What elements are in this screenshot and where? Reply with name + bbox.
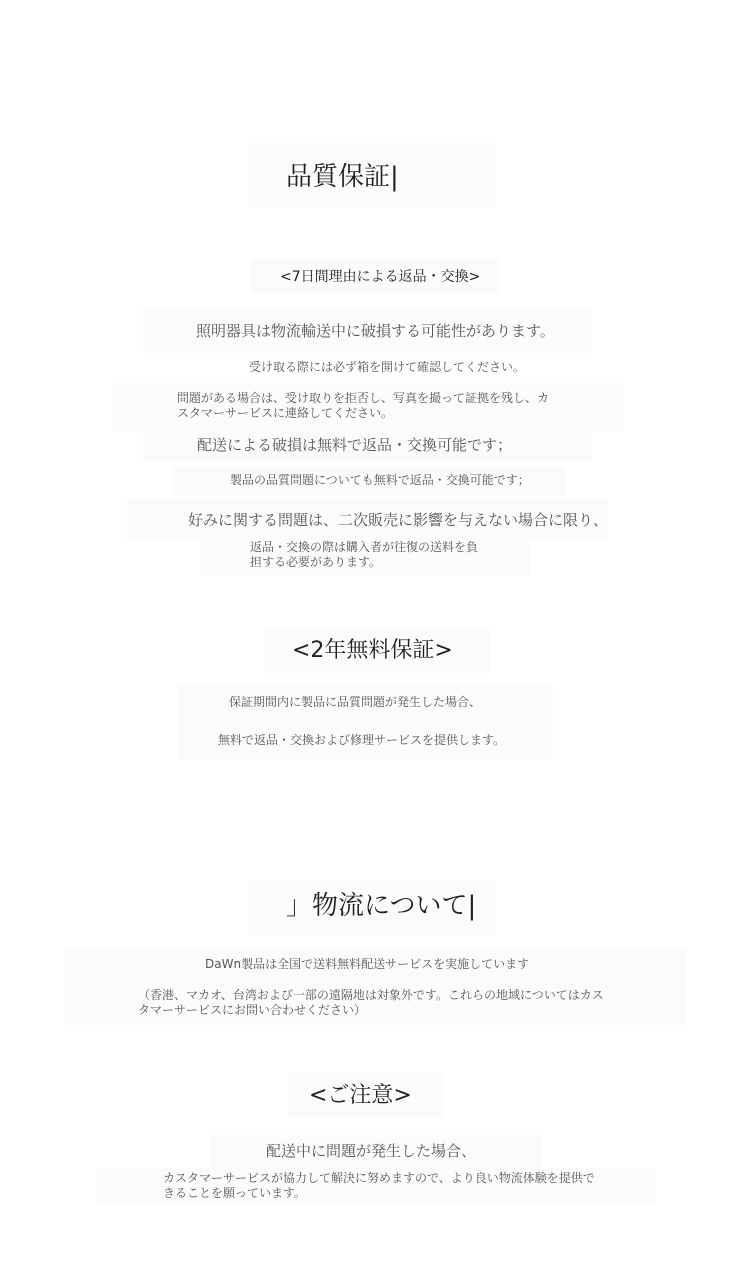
logistics-section-title: 」物流について| — [286, 891, 476, 922]
return-line-quality-free: 製品の品質問題についても無料で返品・交換可能です； — [230, 473, 530, 487]
return-policy-heading: <7日間理由による返品・交換> — [280, 269, 480, 286]
notice-heading: <ご注意> — [309, 1083, 412, 1109]
return-line-preference-issue: 好みに関する問題は、二次販売に影響を与えない場合に限り、 — [188, 511, 608, 529]
return-line-shipping-damage-free: 配送による破損は無料で返品・交換可能です； — [197, 436, 512, 454]
logistics-line-exclusions: （香港、マカオ、台湾および一部の遠隔地は対象外です。これらの地域についてはカスタ… — [138, 988, 606, 1018]
return-line-inspect-box: 受け取る際には必ず箱を開けて確認してください。 — [249, 360, 525, 374]
warranty-heading: <2年無料保証> — [292, 638, 453, 664]
logistics-line-free-shipping: DaWn製品は全国で送料無料配送サービスを実施しています — [205, 957, 529, 971]
return-line-damage-possibility: 照明器具は物流輸送中に破損する可能性があります。 — [196, 322, 555, 340]
return-line-refuse-contact: 問題がある場合は、受け取りを拒否し、写真を撮って証拠を残し、カスタマーサービスに… — [177, 391, 553, 421]
return-line-buyer-shipping: 返品・交換の際は購入者が往復の送料を負担する必要があります。 — [250, 540, 486, 570]
notice-line-customer-service: カスタマーサービスが協力して解決に努めますので、より良い物流体験を提供できること… — [163, 1171, 599, 1201]
warranty-line-quality-issue: 保証期間内に製品に品質問題が発生した場合、 — [229, 695, 481, 709]
quality-section-title: 品質保証| — [286, 162, 399, 193]
notice-line-shipping-issue: 配送中に問題が発生した場合、 — [266, 1142, 476, 1160]
warranty-line-free-service: 無料で返品・交換および修理サービスを提供します。 — [218, 733, 505, 747]
